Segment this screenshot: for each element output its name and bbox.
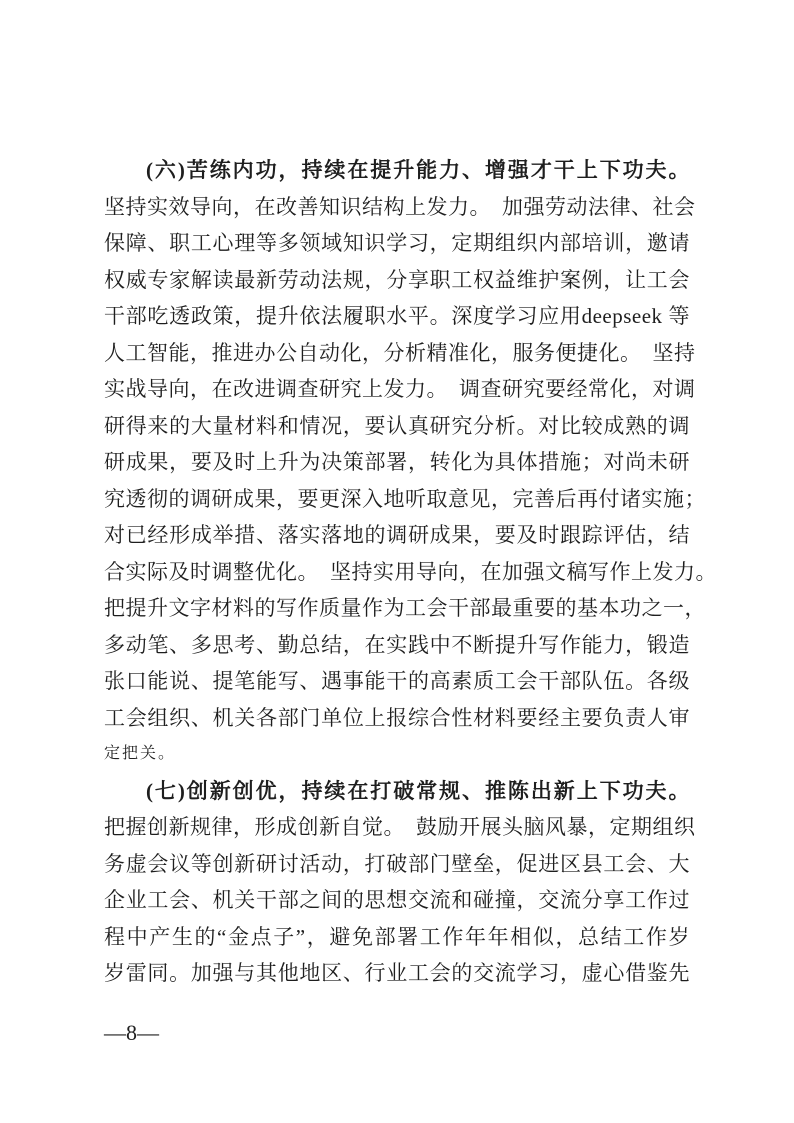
- text-line: 对已经形成举措、落实落地的调研成果，要及时跟踪评估，结: [104, 517, 690, 554]
- text-line: 定把关。: [104, 736, 690, 773]
- text-line: 企业工会、机关干部之间的思想交流和碰撞，交流分享工作过: [104, 882, 690, 919]
- text-line: 张口能说、提笔能写、遇事能干的高素质工会干部队伍。各级: [104, 663, 690, 700]
- document-page: (六)苦练内功，持续在提升能力、增强才干上下功夫。坚持实效导向，在改善知识结构上…: [0, 0, 794, 1123]
- text-line: 人工智能，推进办公自动化，分析精准化，服务便捷化。 坚持: [104, 335, 690, 372]
- section-heading: (七)创新创优，持续在打破常规、推陈出新上下功夫。: [104, 773, 690, 810]
- text-line: 实战导向，在改进调查研究上发力。 调查研究要经常化，对调: [104, 371, 690, 408]
- text-line: 研得来的大量材料和情况，要认真研究分析。对比较成熟的调: [104, 408, 690, 445]
- section-heading: (六)苦练内功，持续在提升能力、增强才干上下功夫。: [104, 152, 690, 189]
- text-line: 保障、职工心理等多领域知识学习，定期组织内部培训，邀请: [104, 225, 690, 262]
- text-line: 务虚会议等创新研讨活动，打破部门壁垒，促进区县工会、大: [104, 846, 690, 883]
- page-number: —8—: [104, 1018, 159, 1048]
- text-line: 把握创新规律，形成创新自觉。 鼓励开展头脑风暴，定期组织: [104, 809, 690, 846]
- text-line: 程中产生的“金点子”，避免部署工作年年相似，总结工作岁: [104, 919, 690, 956]
- text-line: 究透彻的调研成果，要更深入地听取意见，完善后再付诸实施；: [104, 481, 690, 518]
- text-line: 坚持实效导向，在改善知识结构上发力。 加强劳动法律、社会: [104, 189, 690, 226]
- document-text-block: (六)苦练内功，持续在提升能力、增强才干上下功夫。坚持实效导向，在改善知识结构上…: [104, 152, 690, 992]
- text-line: 干部吃透政策，提升依法履职水平。深度学习应用deepseek 等: [104, 298, 690, 335]
- text-line: 岁雷同。加强与其他地区、行业工会的交流学习，虚心借鉴先: [104, 955, 690, 992]
- text-line: 多动笔、多思考、勤总结，在实践中不断提升写作能力，锻造: [104, 627, 690, 664]
- text-line: 工会组织、机关各部门单位上报综合性材料要经主要负责人审: [104, 700, 690, 737]
- text-line: 权威专家解读最新劳动法规，分享职工权益维护案例，让工会: [104, 262, 690, 299]
- text-line: 研成果，要及时上升为决策部署，转化为具体措施；对尚未研: [104, 444, 690, 481]
- text-line: 合实际及时调整优化。 坚持实用导向，在加强文稿写作上发力。: [104, 554, 690, 591]
- text-line: 把提升文字材料的写作质量作为工会干部最重要的基本功之一，: [104, 590, 690, 627]
